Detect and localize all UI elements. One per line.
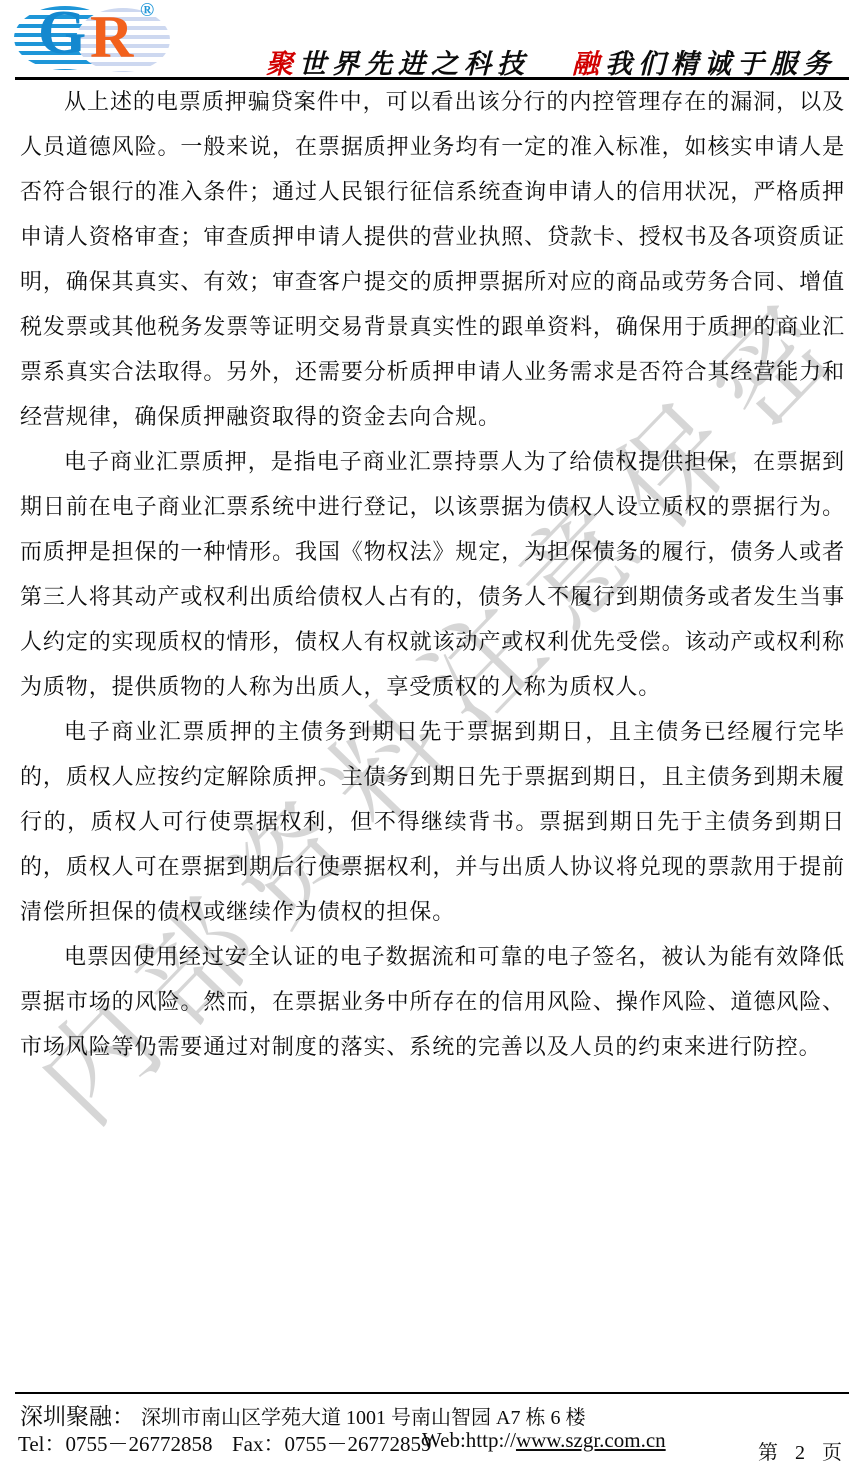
company-address: 深圳市南山区学苑大道 1001 号南山智园 A7 栋 6 楼 bbox=[141, 1407, 585, 1429]
document-body: 从上述的电票质押骗贷案件中，可以看出该分行的内控管理存在的漏洞，以及人员道德风险… bbox=[20, 79, 845, 1069]
footer-contact-line: Tel：0755－26772858 Fax：0755－26772859 Web:… bbox=[0, 1428, 864, 1456]
footer-address-line: 深圳聚融：深圳市南山区学苑大道 1001 号南山智园 A7 栋 6 楼 bbox=[20, 1398, 585, 1431]
company-name: 深圳聚融： bbox=[20, 1404, 135, 1429]
website: Web:http://www.szgr.com.cn bbox=[422, 1428, 666, 1453]
paragraph-1: 从上述的电票质押骗贷案件中，可以看出该分行的内控管理存在的漏洞，以及人员道德风险… bbox=[20, 79, 845, 439]
paragraph-2: 电子商业汇票质押，是指电子商业汇票持票人为了给债权提供担保，在票据到期日前在电子… bbox=[20, 439, 845, 709]
website-link[interactable]: www.szgr.com.cn bbox=[516, 1428, 666, 1452]
paragraph-4: 电票因使用经过安全认证的电子数据流和可靠的电子签名，被认为能有效降低票据市场的风… bbox=[20, 934, 845, 1069]
fax-number: 0755－26772859 bbox=[285, 1432, 432, 1456]
slogan-text-1: 世界先进之科技 bbox=[299, 49, 530, 79]
company-logo: G R ® bbox=[14, 2, 174, 72]
logo-letter-r: R bbox=[90, 2, 133, 72]
paragraph-3: 电子商业汇票质押的主债务到期日先于票据到期日，且主债务已经履行完毕的，质权人应按… bbox=[20, 709, 845, 934]
tel-number: 0755－26772858 bbox=[66, 1432, 213, 1456]
web-label: Web:http:// bbox=[422, 1428, 516, 1452]
tel-label: Tel： bbox=[18, 1432, 66, 1456]
page-number: 第 2 页 bbox=[758, 1436, 848, 1464]
slogan-highlight-rong: 融 bbox=[572, 49, 605, 79]
telephone: Tel：0755－26772858 bbox=[18, 1428, 213, 1458]
company-slogan: 聚世界先进之科技融我们精诚于服务 bbox=[266, 42, 836, 81]
header-divider bbox=[15, 77, 849, 80]
document-page: 内部资料注意保密 G R ® 聚世界先进之科技融我们精诚于服务 从上述的电票质押… bbox=[0, 0, 864, 1464]
fax-label: Fax： bbox=[232, 1432, 285, 1456]
logo-letter-g: G bbox=[38, 0, 86, 68]
registered-trademark-icon: ® bbox=[140, 0, 154, 22]
footer-divider bbox=[15, 1392, 849, 1394]
page-header: G R ® 聚世界先进之科技融我们精诚于服务 bbox=[0, 0, 864, 84]
slogan-text-2: 我们精诚于服务 bbox=[605, 49, 836, 79]
fax: Fax：0755－26772859 bbox=[232, 1428, 432, 1458]
slogan-highlight-ju: 聚 bbox=[266, 49, 299, 79]
